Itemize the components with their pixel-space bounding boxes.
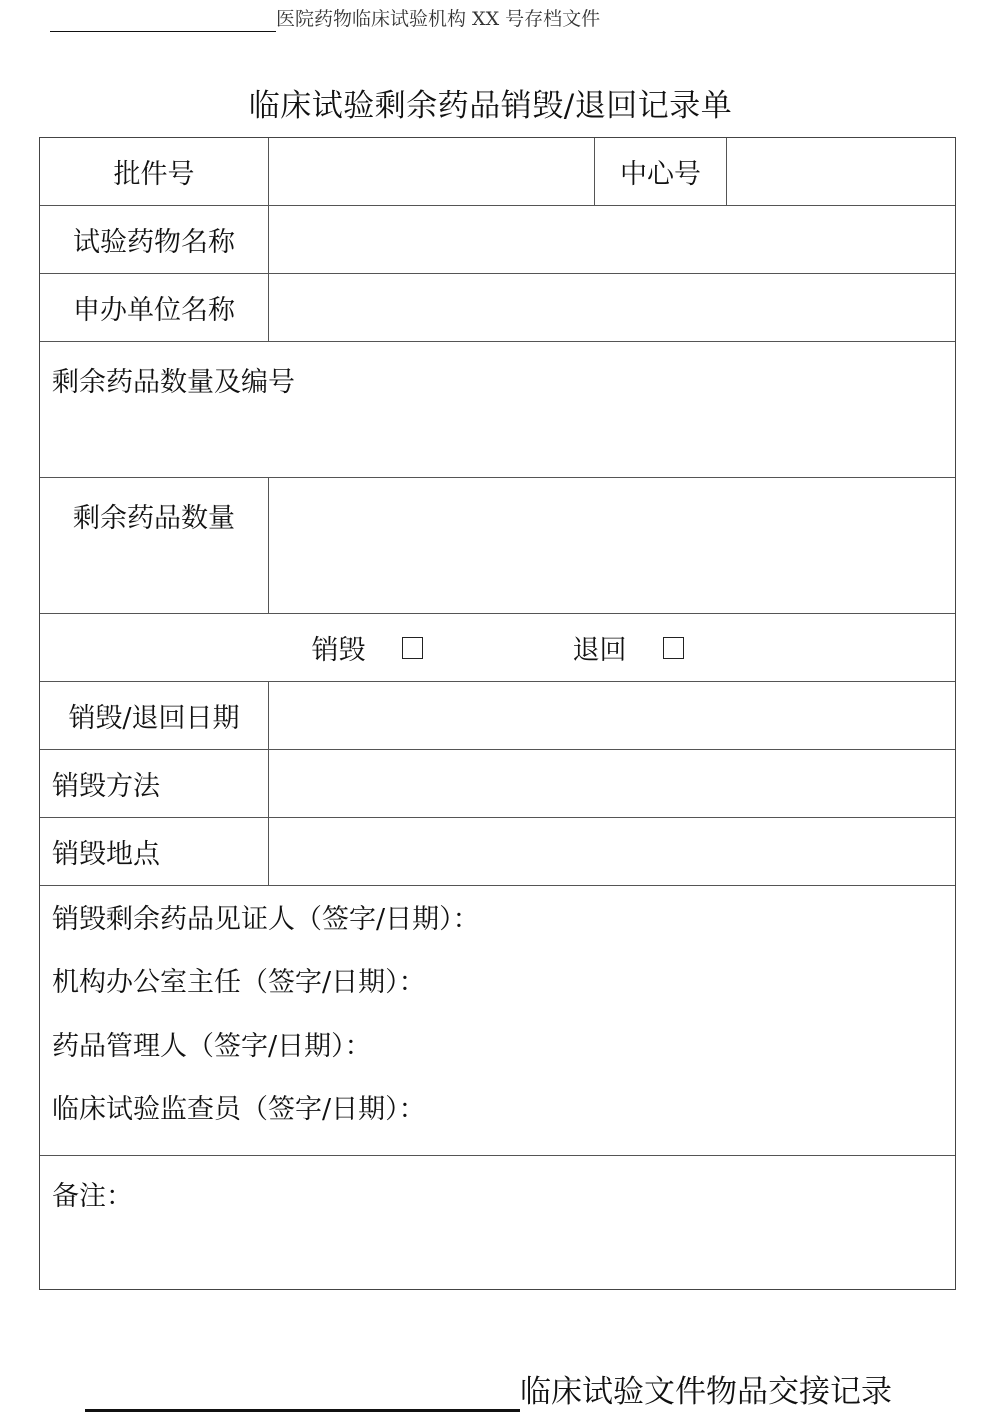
page-title: 临床试验剩余药品销毁/退回记录单 xyxy=(0,80,981,125)
sponsor-field[interactable] xyxy=(269,274,955,341)
date-row: 销毁/退回日期 xyxy=(40,682,955,750)
drug-name-row: 试验药物名称 xyxy=(40,206,955,274)
signature-witness[interactable]: 销毁剩余药品见证人（签字/日期）： xyxy=(52,902,480,965)
remaining-qty-id-label: 剩余药品数量及编号 xyxy=(40,342,955,477)
option-row: 销毁 退回 xyxy=(40,614,955,682)
blank-line xyxy=(50,9,276,32)
signature-block: 销毁剩余药品见证人（签字/日期）： 机构办公室主任（签字/日期）： 药品管理人（… xyxy=(40,886,955,1155)
remaining-qty-label: 剩余药品数量 xyxy=(40,478,269,613)
record-form: 批件号 中心号 试验药物名称 申办单位名称 剩余药品数量及编号 剩余药品数量 销… xyxy=(39,137,956,1290)
signature-drug-manager[interactable]: 药品管理人（签字/日期）： xyxy=(52,1029,372,1092)
return-checkbox[interactable] xyxy=(663,637,684,659)
sponsor-label: 申办单位名称 xyxy=(40,274,269,341)
date-label: 销毁/退回日期 xyxy=(40,682,269,749)
location-label: 销毁地点 xyxy=(40,818,269,885)
drug-name-field[interactable] xyxy=(269,206,955,273)
destroy-checkbox[interactable] xyxy=(402,637,423,659)
signature-monitor[interactable]: 临床试验监查员（签字/日期）： xyxy=(52,1092,426,1155)
destroy-label: 销毁 xyxy=(312,628,366,667)
date-field[interactable] xyxy=(269,682,955,749)
option-group: 销毁 退回 xyxy=(40,614,955,681)
archive-header: 医院药物临床试验机构 XX 号存档文件 xyxy=(50,6,600,32)
method-row: 销毁方法 xyxy=(40,750,955,818)
signature-director[interactable]: 机构办公室主任（签字/日期）： xyxy=(52,965,426,1028)
return-label: 退回 xyxy=(573,628,627,667)
location-field[interactable] xyxy=(269,818,955,885)
archive-label: 医院药物临床试验机构 XX 号存档文件 xyxy=(276,6,600,32)
blank-line xyxy=(85,1375,520,1412)
remarks-row[interactable]: 备注： xyxy=(40,1156,955,1289)
center-label: 中心号 xyxy=(595,138,727,205)
remarks-label: 备注： xyxy=(40,1156,955,1289)
next-section-title: 临床试验文件物品交接记录 xyxy=(520,1372,892,1412)
signature-row: 销毁剩余药品见证人（签字/日期）： 机构办公室主任（签字/日期）： 药品管理人（… xyxy=(40,886,955,1156)
batch-row: 批件号 中心号 xyxy=(40,138,955,206)
drug-name-label: 试验药物名称 xyxy=(40,206,269,273)
method-label: 销毁方法 xyxy=(40,750,269,817)
location-row: 销毁地点 xyxy=(40,818,955,886)
remaining-qty-row: 剩余药品数量 xyxy=(40,478,955,614)
remaining-qty-field[interactable] xyxy=(269,478,955,613)
next-section-header: 临床试验文件物品交接记录 xyxy=(85,1372,892,1412)
method-field[interactable] xyxy=(269,750,955,817)
sponsor-row: 申办单位名称 xyxy=(40,274,955,342)
batch-label: 批件号 xyxy=(40,138,269,205)
center-field[interactable] xyxy=(727,138,955,205)
batch-field[interactable] xyxy=(269,138,595,205)
remaining-qty-id-row[interactable]: 剩余药品数量及编号 xyxy=(40,342,955,478)
